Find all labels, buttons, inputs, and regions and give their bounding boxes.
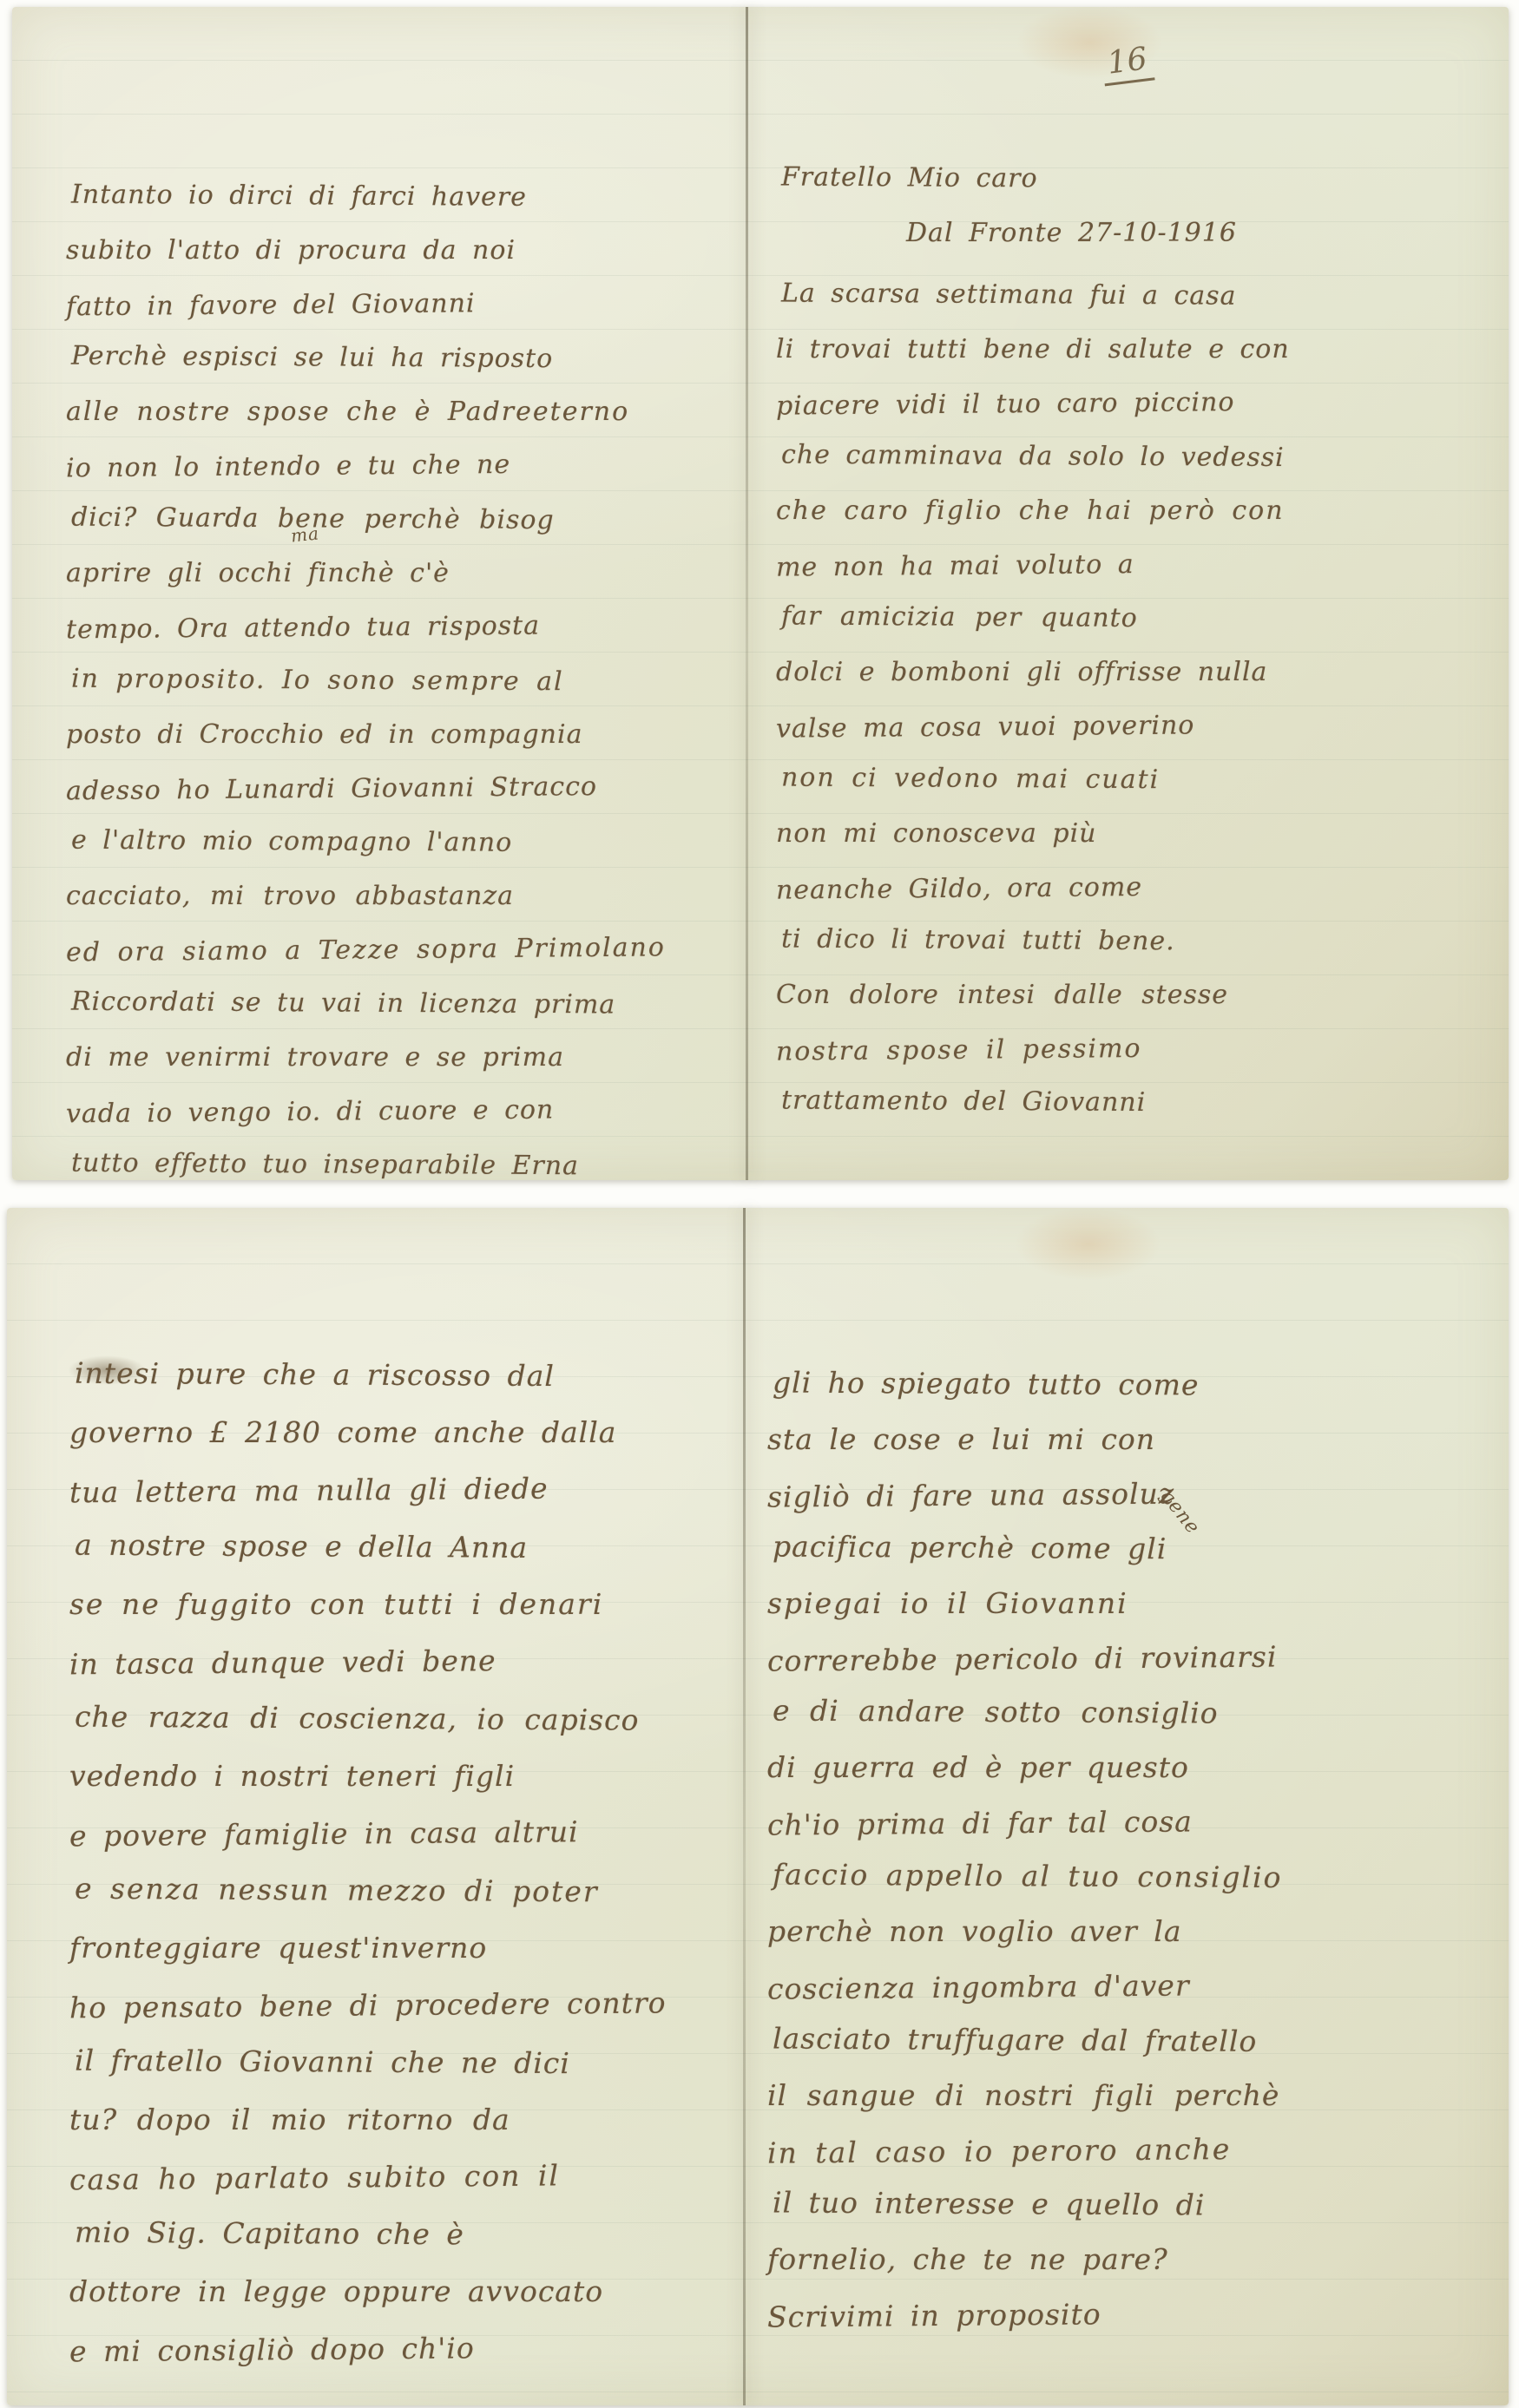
dateline: Dal Fronte 27-10-1916 xyxy=(776,207,1501,260)
handwritten-line: di guerra ed è per questo xyxy=(767,1740,1501,1795)
handwritten-line: ed ora siamo a Tezze sopra Primolano xyxy=(66,921,740,981)
handwritten-line: Perchè espisci se lui ha risposto xyxy=(71,330,744,388)
handwritten-line: e senza nessun mezzo di poter xyxy=(75,1860,747,1922)
handwriting-column-top-right: Fratello Mio caro Dal Fronte 27-10-1916 … xyxy=(776,153,1501,1130)
handwritten-line: tu? dopo il mio ritorno da xyxy=(69,2091,742,2149)
salutation-line: Fratello Mio caro xyxy=(781,150,1506,208)
handwritten-line: lasciato truffugare dal fratello xyxy=(773,2011,1506,2070)
handwritten-line: non mi conosceva più xyxy=(776,807,1501,861)
handwritten-line: intesi pure che a riscosso dal xyxy=(75,1345,747,1407)
superscript-insertion: ma xyxy=(290,522,320,546)
handwritten-line: fatto in favore del Giovanni xyxy=(66,275,740,335)
handwritten-line: se ne fuggito con tutti i denari xyxy=(69,1576,742,1633)
handwritten-line: Scrivimi in proposito xyxy=(767,2283,1502,2344)
scanned-letter-page: { "page_number": "16", "colors": { "ink"… xyxy=(0,0,1519,2408)
handwritten-line: che camminava da solo lo vedessi xyxy=(781,428,1506,486)
handwritten-line: di me venirmi trovare e se prima xyxy=(66,1031,739,1085)
handwritten-line: me non ha mai voluto a xyxy=(776,535,1502,594)
handwritten-line: e mi consigliò dopo ch'io xyxy=(69,2318,743,2381)
handwriting-column-bottom-right: gli ho spiegato tutto comesta le cose e … xyxy=(767,1357,1501,2341)
handwritten-line: li trovai tutti bene di salute e con xyxy=(776,323,1501,377)
handwritten-line: e di andare sotto consiglio xyxy=(773,1683,1506,1742)
handwritten-line: far amicizia per quanto xyxy=(781,589,1506,647)
handwritten-line: il fratello Giovanni che ne dici xyxy=(75,2032,747,2094)
handwritten-line: fronteggiare quest'inverno xyxy=(69,1919,742,1977)
handwriting-column-top-left: Intanto io dirci di farci haveresubito l… xyxy=(66,170,739,1192)
handwritten-line: aprire gli occhi finchè c'è xyxy=(66,547,739,600)
handwritten-line: che caro figlio che hai però con xyxy=(776,484,1501,538)
handwritten-line: La scarsa settimana fui a casa xyxy=(781,266,1506,325)
page-number: 16 xyxy=(1100,41,1154,87)
handwritten-line: sigliò di fare una assoluz xyxy=(767,1463,1502,1524)
handwritten-line: che razza di coscienza, io capisco xyxy=(75,1689,747,1750)
handwritten-line: adesso ho Lunardi Giovanni Stracco xyxy=(66,759,740,819)
handwritten-line: a nostre spose e della Anna xyxy=(75,1517,747,1578)
handwriting-column-bottom-left: intesi pure che a riscosso dalgoverno £ … xyxy=(69,1347,742,2378)
handwritten-line: tua lettera ma nulla gli diede xyxy=(69,1459,743,1522)
handwritten-line: vedendo i nostri teneri figli xyxy=(69,1748,742,1805)
handwritten-line: tutto effetto tuo inseparabile Erna xyxy=(71,1137,744,1195)
handwritten-line: perchè non voglio aver la xyxy=(767,1904,1501,1959)
handwritten-line: casa ho parlato subito con il xyxy=(69,2146,743,2209)
handwritten-line: faccio appello al tuo consiglio xyxy=(773,1847,1506,1906)
letter-sheet-top: 16 Intanto io dirci di farci haveresubit… xyxy=(12,7,1509,1180)
handwritten-line: correrebbe pericolo di rovinarsi xyxy=(767,1627,1502,1688)
handwritten-line: il tuo interesse e quello di xyxy=(773,2175,1506,2234)
handwritten-line: piacere vidi il tuo caro piccino xyxy=(776,373,1502,433)
handwritten-line: gli ho spiegato tutto come xyxy=(773,1355,1506,1414)
handwritten-text-block: La scarsa settimana fui a casali trovai … xyxy=(776,269,1501,1130)
handwritten-line: sta le cose e lui mi con xyxy=(767,1412,1501,1466)
handwritten-line: dolci e bomboni gli offrisse nulla xyxy=(776,646,1501,699)
handwritten-line: io non lo intendo e tu che ne xyxy=(66,436,740,496)
handwritten-line: neanche Gildo, ora come xyxy=(776,857,1502,917)
handwritten-line: e povere famiglie in casa altrui xyxy=(69,1802,743,1866)
handwritten-line: alle nostre spose che è Padreeterno xyxy=(66,385,739,439)
handwritten-line: in proposito. Io sono sempre al xyxy=(71,653,744,711)
handwritten-line: Con dolore intesi dalle stesse xyxy=(776,968,1501,1022)
handwritten-line: fornelio, che te ne pare? xyxy=(767,2232,1501,2287)
handwritten-line: in tasca dunque vedi bene xyxy=(69,1630,743,1694)
handwritten-line: valse ma cosa vuoi poverino xyxy=(776,696,1502,756)
handwritten-line: in tal caso io peroro anche xyxy=(767,2119,1502,2180)
handwritten-line: spiegai io il Giovanni xyxy=(767,1576,1501,1630)
handwritten-line: mio Sig. Capitano che è xyxy=(75,2204,747,2266)
handwritten-line: coscienza ingombra d'aver xyxy=(767,1955,1502,2016)
handwritten-line: tempo. Ora attendo tua risposta xyxy=(66,598,740,658)
handwritten-line: nostra spose il pessimo xyxy=(776,1019,1502,1079)
handwritten-line: pacifica perchè come gli xyxy=(773,1519,1506,1578)
fold-crease xyxy=(746,7,748,1180)
handwritten-line: dottore in legge oppure avvocato xyxy=(69,2263,742,2320)
handwritten-text-block: gli ho spiegato tutto comesta le cose e … xyxy=(767,1357,1501,2341)
handwritten-line: dici? Guarda bene perchè bisog xyxy=(71,491,744,549)
handwritten-line: ch'io prima di far tal cosa xyxy=(767,1791,1502,1852)
handwritten-line: posto di Crocchio ed in compagnia xyxy=(66,708,739,762)
handwritten-line: il sangue di nostri figli perchè xyxy=(767,2068,1501,2123)
handwritten-line: governo £ 2180 come anche dalla xyxy=(69,1404,742,1461)
handwritten-line: Intanto io dirci di farci havere xyxy=(71,168,744,226)
handwritten-line: e l'altro mio compagno l'anno xyxy=(71,814,744,872)
handwritten-line: vada io vengo io. di cuore e con xyxy=(66,1082,740,1142)
handwritten-line: ho pensato bene di procedere contro xyxy=(69,1974,743,2037)
handwritten-line: cacciato, mi trovo abbastanza xyxy=(66,869,739,923)
letter-sheet-bottom: intesi pure che a riscosso dalgoverno £ … xyxy=(7,1208,1509,2405)
handwritten-line: trattamento del Giovanni xyxy=(781,1073,1506,1132)
handwritten-line: Riccordati se tu vai in licenza prima xyxy=(71,975,744,1033)
handwritten-text-block: Intanto io dirci di farci haveresubito l… xyxy=(66,170,739,1192)
handwritten-line: subito l'atto di procura da noi xyxy=(66,224,739,278)
handwritten-text-block: intesi pure che a riscosso dalgoverno £ … xyxy=(69,1347,742,2378)
handwritten-line: non ci vedono mai cuati xyxy=(781,751,1506,809)
handwritten-line: ti dico li trovai tutti bene. xyxy=(781,912,1506,970)
